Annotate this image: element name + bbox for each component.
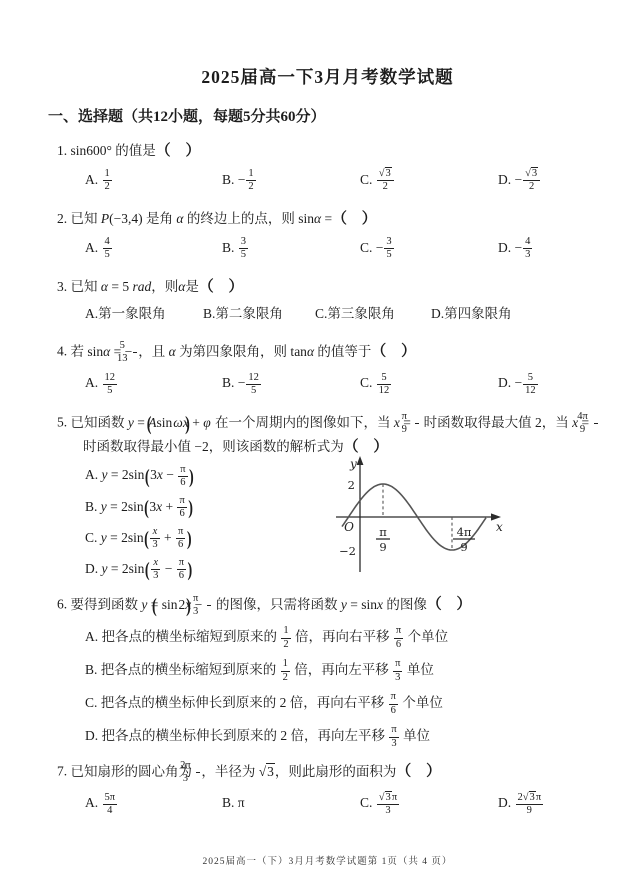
question-5-body: A. y = 2sin(3x − π6) B. y = 2sin(3x + π6… [57,460,607,585]
question-1-option-d: D. −√32 [498,164,607,196]
question-6-options: A. 把各点的横坐标缩短到原来的 12 倍，再向右平移 π6 个单位 B. 把各… [57,620,607,752]
question-2-option-d: D. −43 [498,232,607,264]
question-1-option-a: A. 12 [85,164,222,196]
question-2-option-a: A. 45 [85,232,222,264]
question-1-option-c: C. √32 [360,164,498,196]
question-3-option-c: C.第三象限角 [315,302,431,326]
option-text: −43 [515,240,534,255]
option-label: C. [360,795,372,810]
option-label: A. [85,240,98,255]
page-footer: 2025届高一（下）3月月考数学试题第 1页（共 4 页） [48,853,607,867]
question-7-options: A. 5π4 B. π C. √3π3 D. 2√3π9 [85,787,607,819]
page-title: 2025届高一下3月月考数学试题 [48,64,607,89]
question-number: 7. [57,764,67,779]
option-text: 第三象限角 [327,306,395,321]
option-text: 2√3π9 [515,795,545,810]
option-text: y = 2sin(x3 − π6) [102,561,193,576]
option-text: 把各点的横坐标缩短到原来的 12 倍，再向右平移 π6 个单位 [102,629,449,644]
option-label: B. [85,499,97,514]
option-label: A. [85,306,98,321]
answer-blank: （ ） [344,439,389,455]
sine-graph: y x 2 −2 O π 9 4π 9 [334,454,504,582]
option-text: 把各点的横坐标伸长到原来的 2 倍，再向右平移 π6 个单位 [101,695,443,710]
question-2-option-c: C. −35 [360,232,498,264]
stem-text: 已知函数 y = Asin(ωx + φ) 在一个周期内的图像如下，当 x = … [71,415,599,455]
answer-blank: （ ） [156,143,201,159]
answer-blank: （ ） [332,211,377,227]
question-7-option-b: B. π [222,787,360,819]
question-number: 1. [57,143,67,158]
question-6: 6. 要得到函数 y = sin(2x − π3) 的图像，只需将函数 y = … [57,593,607,752]
question-6-option-c: C. 把各点的横坐标伸长到原来的 2 倍，再向右平移 π6 个单位 [85,686,607,719]
option-label: C. [360,240,372,255]
question-number: 5. [57,415,67,430]
option-label: B. [222,240,234,255]
question-7-option-c: C. √3π3 [360,787,498,819]
exam-page: 2025届高一下3月月考数学试题 一、选择题（共12小题，每题5分共60分） 1… [0,0,631,891]
option-text: 第二象限角 [215,306,283,321]
question-1-stem: 1. sin600° 的值是（ ） [57,140,607,162]
question-7: 7. 已知扇形的圆心角为 2π3，半径为 √3，则此扇形的面积为（ ） A. 5… [57,760,607,823]
option-label: B. [222,172,234,187]
stem-text: sin600° 的值是 [71,143,156,158]
question-5-option-c: C. y = 2sin(x3 + π6) [85,523,334,554]
question-5-options: A. y = 2sin(3x − π6) B. y = 2sin(3x + π6… [57,460,334,585]
y-axis-arrow-icon [357,456,364,465]
graph-xmin-denominator: 9 [460,540,467,554]
option-label: A. [85,172,98,187]
stem-text: 已知 α = 5 rad，则α是 [71,279,199,294]
option-text: −125 [238,375,262,390]
option-label: D. [431,306,444,321]
stem-text: 若 sinα = −513，且 α 为第四象限角，则 tanα 的值等于 [71,344,372,359]
option-label: C. [360,172,372,187]
question-number: 2. [57,211,67,226]
option-label: B. [203,306,215,321]
question-5-option-d: D. y = 2sin(x3 − π6) [85,554,334,585]
question-7-option-d: D. 2√3π9 [498,787,607,819]
option-text: 把各点的横坐标伸长到原来的 2 倍，再向左平移 π3 单位 [102,728,431,743]
option-text: y = 2sin(3x − π6) [102,467,195,482]
option-text: π [238,795,245,810]
question-4-option-a: A. 125 [85,367,222,399]
question-4-option-b: B. −125 [222,367,360,399]
question-3-options: A.第一象限角 B.第二象限角 C.第三象限角 D.第四象限角 [85,302,607,326]
answer-blank: （ ） [427,597,472,613]
option-text: 35 [238,240,249,255]
option-label: C. [360,375,372,390]
option-label: D. [498,795,511,810]
question-4-options: A. 125 B. −125 C. 512 D. −512 [85,367,607,399]
option-label: C. [315,306,327,321]
option-text: y = 2sin(3x + π6) [101,499,194,514]
option-text: √3π3 [376,795,400,810]
question-3-option-d: D.第四象限角 [431,302,607,326]
option-label: A. [85,467,98,482]
question-number: 4. [57,344,67,359]
option-label: A. [85,375,98,390]
graph-xmin-numerator: 4π [457,525,472,539]
stem-text: 要得到函数 y = sin(2x − π3) 的图像，只需将函数 y = sin… [71,597,427,612]
option-label: A. [85,629,98,644]
option-text: √32 [376,172,395,187]
question-3-option-b: B.第二象限角 [203,302,315,326]
option-label: D. [85,728,98,743]
question-6-stem: 6. 要得到函数 y = sin(2x − π3) 的图像，只需将函数 y = … [57,593,607,618]
option-text: −√32 [515,172,542,187]
option-text: −512 [515,375,539,390]
option-text: 第一象限角 [98,306,166,321]
question-4-option-d: D. −512 [498,367,607,399]
option-text: 45 [102,240,113,255]
graph-y-label: y [349,457,357,471]
option-label: D. [498,172,511,187]
question-2-option-b: B. 35 [222,232,360,264]
option-text: −35 [376,240,395,255]
question-4-stem: 4. 若 sinα = −513，且 α 为第四象限角，则 tanα 的值等于（… [57,340,607,365]
question-3-stem: 3. 已知 α = 5 rad，则α是（ ） [57,276,607,298]
question-5: 5. 已知函数 y = Asin(ωx + φ) 在一个周期内的图像如下，当 x… [57,411,607,585]
question-6-option-b: B. 把各点的横坐标缩短到原来的 12 倍，再向左平移 π3 单位 [85,653,607,686]
option-text: 第四象限角 [444,306,512,321]
question-number: 6. [57,597,67,612]
option-text: 5π4 [102,795,119,810]
option-label: C. [85,530,97,545]
option-label: D. [498,240,511,255]
section-heading: 一、选择题（共12小题，每题5分共60分） [48,105,607,126]
question-7-option-a: A. 5π4 [85,787,222,819]
stem-text: 已知扇形的圆心角为 2π3，半径为 √3，则此扇形的面积为 [71,764,397,779]
question-2-options: A. 45 B. 35 C. −35 D. −43 [85,232,607,264]
option-label: B. [222,795,234,810]
question-6-option-a: A. 把各点的横坐标缩短到原来的 12 倍，再向右平移 π6 个单位 [85,620,607,653]
question-2: 2. 已知 P(−3,4) 是角 α 的终边上的点，则 sinα =（ ） A.… [57,208,607,268]
option-label: B. [222,375,234,390]
answer-blank: （ ） [371,344,416,360]
option-label: D. [498,375,511,390]
question-5-option-b: B. y = 2sin(3x + π6) [85,492,334,523]
option-label: D. [85,561,98,576]
answer-blank: （ ） [396,764,441,780]
option-text: 把各点的横坐标缩短到原来的 12 倍，再向左平移 π3 单位 [101,662,434,677]
question-1-options: A. 12 B. −12 C. √32 D. −√32 [85,164,607,196]
question-6-option-d: D. 把各点的横坐标伸长到原来的 2 倍，再向左平移 π3 单位 [85,719,607,752]
option-label: B. [85,662,97,677]
question-4: 4. 若 sinα = −513，且 α 为第四象限角，则 tanα 的值等于（… [57,340,607,403]
answer-blank: （ ） [199,279,244,295]
option-label: A. [85,795,98,810]
graph-xmax-denominator: 9 [379,540,386,554]
question-2-stem: 2. 已知 P(−3,4) 是角 α 的终边上的点，则 sinα =（ ） [57,208,607,230]
option-text: 125 [102,375,119,390]
graph-ymin-label: −2 [339,544,356,558]
option-text: −12 [238,172,257,187]
question-number: 3. [57,279,67,294]
option-text: y = 2sin(x3 + π6) [101,530,192,545]
option-text: 12 [102,172,113,187]
question-4-option-c: C. 512 [360,367,498,399]
question-5-stem: 5. 已知函数 y = Asin(ωx + φ) 在一个周期内的图像如下，当 x… [57,411,607,458]
graph-origin-label: O [344,520,354,534]
graph-x-label: x [496,520,503,534]
question-7-stem: 7. 已知扇形的圆心角为 2π3，半径为 √3，则此扇形的面积为（ ） [57,760,607,785]
question-1-option-b: B. −12 [222,164,360,196]
question-1: 1. sin600° 的值是（ ） A. 12 B. −12 C. √32 D.… [57,140,607,200]
stem-text: 已知 P(−3,4) 是角 α 的终边上的点，则 sinα = [71,211,333,226]
graph-xmax-numerator: π [379,525,387,539]
question-3: 3. 已知 α = 5 rad，则α是（ ） A.第一象限角 B.第二象限角 C… [57,276,607,332]
option-label: C. [85,695,97,710]
question-5-option-a: A. y = 2sin(3x − π6) [85,460,334,491]
question-3-option-a: A.第一象限角 [85,302,203,326]
option-text: 512 [376,375,393,390]
graph-ymax-label: 2 [348,478,355,492]
